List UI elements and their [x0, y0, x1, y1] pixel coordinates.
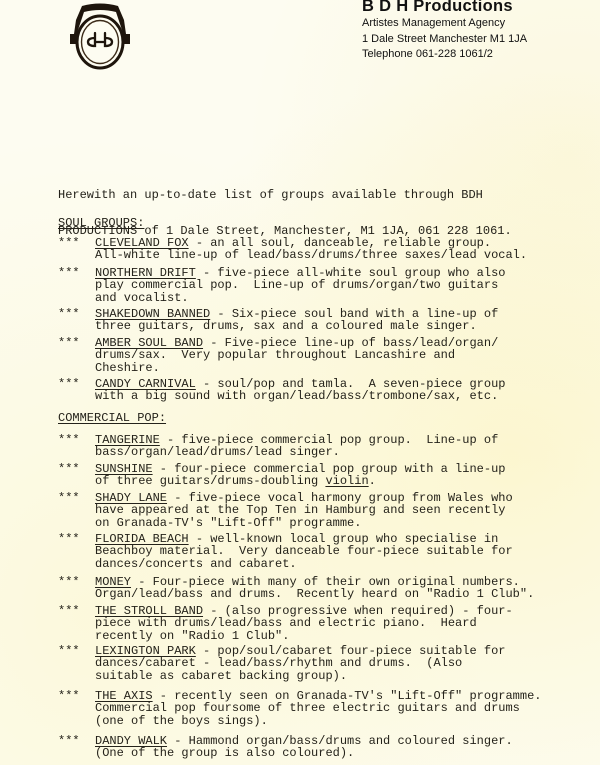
description-line: have appeared at the Top Ten in Hamburg …: [95, 504, 513, 516]
bullet-stars: ***: [58, 308, 95, 333]
description-line: recently on "Radio 1 Club".: [95, 630, 513, 642]
bullet-stars: ***: [58, 645, 95, 682]
description-line: of three guitars/drums-doubling violin.: [95, 475, 505, 487]
section-heading: COMMERCIAL POP:: [58, 412, 166, 424]
description-line: drums/sax. Very popular throughout Lanca…: [95, 349, 498, 361]
bdh-logo-icon: [62, 0, 138, 72]
group-description: SHADY LANE - five-piece vocal harmony gr…: [95, 492, 513, 529]
description-line: Beachboy material. Very danceable four-p…: [95, 545, 513, 557]
group-description: SUNSHINE - four-piece commercial pop gro…: [95, 463, 505, 488]
group-entry: ***SHAKEDOWN BANNED - Six-piece soul ban…: [58, 308, 498, 333]
group-entry: ***AMBER SOUL BAND - Five-piece line-up …: [58, 337, 498, 374]
letterhead: B D H Productions Artistes Management Ag…: [362, 0, 527, 63]
description-line: suitable as cabaret backing group).: [95, 670, 505, 682]
company-tagline: Artistes Management Agency: [362, 16, 527, 32]
group-description: THE STROLL BAND - (also progressive when…: [95, 605, 513, 642]
group-entry: ***SHADY LANE - five-piece vocal harmony…: [58, 492, 513, 529]
bullet-stars: ***: [58, 434, 95, 459]
description-line: dances/cabaret - lead/bass/rhythm and dr…: [95, 657, 505, 669]
group-entry: ***CLEVELAND FOX - an all soul, danceabl…: [58, 237, 527, 262]
bullet-stars: ***: [58, 735, 95, 760]
company-address: 1 Dale Street Manchester M1 1JA: [362, 32, 527, 48]
bullet-stars: ***: [58, 576, 95, 601]
group-entry: ***TANGERINE - five-piece commercial pop…: [58, 434, 498, 459]
description-line: and vocalist.: [95, 292, 505, 304]
group-description: MONEY - Four-piece with many of their ow…: [95, 576, 534, 601]
bullet-stars: ***: [58, 492, 95, 529]
description-line: Cheshire.: [95, 362, 498, 374]
description-line: Commercial pop foursome of three electri…: [95, 702, 541, 714]
group-entry: ***LEXINGTON PARK - pop/soul/cabaret fou…: [58, 645, 505, 682]
intro-line: Herewith an up-to-date list of groups av…: [58, 189, 512, 201]
group-description: FLORIDA BEACH - well-known local group w…: [95, 533, 513, 570]
bullet-stars: ***: [58, 533, 95, 570]
group-entry: ***SUNSHINE - four-piece commercial pop …: [58, 463, 505, 488]
group-description: CANDY CARNIVAL - soul/pop and tamla. A s…: [95, 378, 505, 403]
group-description: NORTHERN DRIFT - five-piece all-white so…: [95, 267, 505, 304]
description-line: (One of the group is also coloured).: [95, 747, 513, 759]
description-line: with a big sound with organ/lead/bass/tr…: [95, 390, 505, 402]
description-line: play commercial pop. Line-up of drums/or…: [95, 279, 505, 291]
bullet-stars: ***: [58, 237, 95, 262]
description-line: three guitars, drums, sax and a coloured…: [95, 320, 498, 332]
bullet-stars: ***: [58, 690, 95, 727]
group-description: TANGERINE - five-piece commercial pop gr…: [95, 434, 498, 459]
company-name: B D H Productions: [362, 0, 527, 16]
bullet-stars: ***: [58, 605, 95, 642]
group-description: AMBER SOUL BAND - Five-piece line-up of …: [95, 337, 498, 374]
description-line: on Granada-TV's "Lift-Off" programme.: [95, 517, 513, 529]
description-line: piece with drums/lead/bass and electric …: [95, 617, 513, 629]
bullet-stars: ***: [58, 378, 95, 403]
group-description: DANDY WALK - Hammond organ/bass/drums an…: [95, 735, 513, 760]
bullet-stars: ***: [58, 267, 95, 304]
group-entry: ***NORTHERN DRIFT - five-piece all-white…: [58, 267, 505, 304]
group-description: SHAKEDOWN BANNED - Six-piece soul band w…: [95, 308, 498, 333]
group-entry: ***THE AXIS - recently seen on Granada-T…: [58, 690, 541, 727]
group-description: CLEVELAND FOX - an all soul, danceable, …: [95, 237, 527, 262]
company-telephone: Telephone 061-228 1061/2: [362, 47, 527, 63]
bullet-stars: ***: [58, 463, 95, 488]
description-line: bass/organ/lead/drums/lead singer.: [95, 446, 498, 458]
emphasized-word: violin: [325, 474, 368, 488]
bullet-stars: ***: [58, 337, 95, 374]
description-line: dances/concerts and cabaret.: [95, 558, 513, 570]
group-entry: ***FLORIDA BEACH - well-known local grou…: [58, 533, 513, 570]
group-description: LEXINGTON PARK - pop/soul/cabaret four-p…: [95, 645, 505, 682]
group-entry: ***MONEY - Four-piece with many of their…: [58, 576, 534, 601]
group-entry: ***DANDY WALK - Hammond organ/bass/drums…: [58, 735, 513, 760]
description-line: Organ/lead/bass and drums. Recently hear…: [95, 588, 534, 600]
description-line: All-white line-up of lead/bass/drums/thr…: [95, 249, 527, 261]
group-entry: ***CANDY CARNIVAL - soul/pop and tamla. …: [58, 378, 505, 403]
description-line: (one of the boys sings).: [95, 715, 541, 727]
section-heading: SOUL GROUPS:: [58, 217, 144, 229]
group-entry: ***THE STROLL BAND - (also progressive w…: [58, 605, 513, 642]
group-description: THE AXIS - recently seen on Granada-TV's…: [95, 690, 541, 727]
